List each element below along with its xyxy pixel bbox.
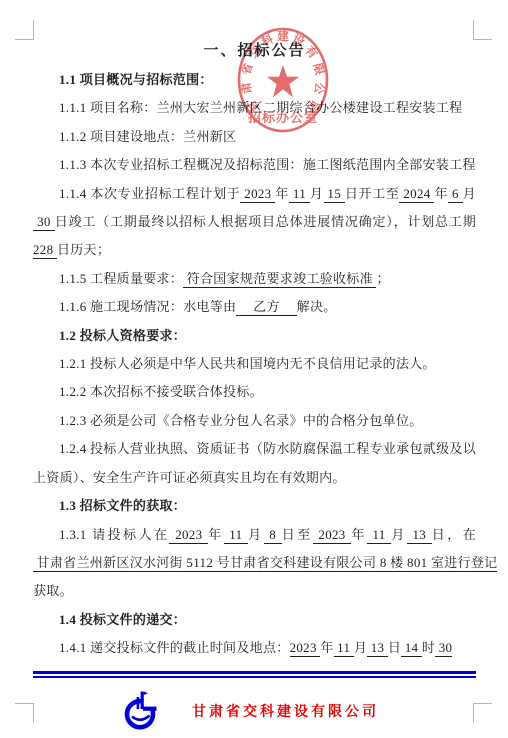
page-title: 一、招标公告 [33, 36, 476, 66]
section-heading-1-3: 1.3 招标文件的获取： [33, 492, 476, 520]
para-1-2-2: 1.2.2 本次招标不接受联合体投标。 [33, 378, 476, 406]
para-1-2-4: 1.2.4 投标人营业执照、资质证书（防水防腐保温工程专业承包贰级及以上资质）、… [33, 435, 476, 492]
para-1-1-3: 1.1.3 本次专业招标工程概况及招标范围：施工图纸范围内全部安装工程 [33, 151, 476, 179]
para-1-1-4: 1.1.4 本次专业招标工程计划于 2023 年 11 月 15 日开工至 20… [33, 180, 476, 265]
para-1-1-5: 1.1.5 工程质量要求： 符合国家规范要求竣工验收标准 ； [33, 265, 476, 293]
company-logo-icon [122, 690, 160, 732]
para-1-2-1: 1.2.1 投标人必须是中华人民共和国境内无不良信用记录的法人。 [33, 350, 476, 378]
footer-company-name: 甘肃省交科建设有限公司 [192, 701, 379, 721]
para-1-1-6: 1.1.6 施工现场情况：水电等由 乙方 解决。 [33, 293, 476, 321]
section-heading-1-4: 1.4 投标文件的递交： [33, 606, 476, 634]
text-boundary-mark-bottom-right [473, 703, 492, 723]
text-boundary-mark-top-left [15, 20, 34, 40]
para-1-1-2: 1.1.2 项目建设地点：兰州新区 [33, 123, 476, 151]
para-1-3-1: 1.3.1 请投标人在 2023 年 11 月 8 日至 2023 年 11 月… [33, 521, 476, 606]
section-heading-1-1: 1.1 项目概况与招标范围： [33, 66, 476, 94]
para-1-1-1: 1.1.1 项目名称：兰州大宏兰州新区二期综合办公楼建设工程安装工程 [33, 94, 476, 122]
section-heading-1-2: 1.2 投标人资格要求： [33, 322, 476, 350]
para-1-4-1: 1.4.1 递交投标文件的截止时间及地点：2023 年 11 月 13 日 14… [33, 634, 476, 662]
footer-divider [33, 671, 476, 678]
text-boundary-mark-bottom-left [15, 703, 34, 723]
document-page: 一、招标公告 1.1 项目概况与招标范围：1.1.1 项目名称：兰州大宏兰州新区… [0, 0, 508, 738]
document-body: 一、招标公告 1.1 项目概况与招标范围：1.1.1 项目名称：兰州大宏兰州新区… [33, 36, 476, 663]
para-1-2-3: 1.2.3 必须是公司《合格专业分包人名录》中的合格分包单位。 [33, 407, 476, 435]
